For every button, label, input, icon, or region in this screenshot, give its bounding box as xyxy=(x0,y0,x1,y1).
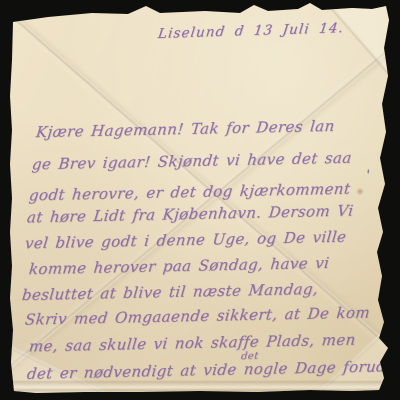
letter-line: komme herover paa Søndag, have vi xyxy=(28,254,330,278)
paper-stain xyxy=(356,188,364,195)
letter-line: me, saa skulle vi nok skaffe Plads, men xyxy=(28,331,357,356)
letter-line: vel blive godt i denne Uge, og De ville xyxy=(24,228,347,253)
letter-paper: Liselund d 13 Juli 14. Kjære Hagemann! T… xyxy=(0,0,400,400)
letter-line: ge Brev igaar! Skjøndt vi have det saa xyxy=(31,149,353,174)
letter-photo: Liselund d 13 Juli 14. Kjære Hagemann! T… xyxy=(0,0,400,400)
letter-dateline: Liselund d 13 Juli 14. xyxy=(157,20,345,42)
letter-line: besluttet at blive til næste Mandag, xyxy=(21,280,319,304)
ink-mark: ' xyxy=(365,168,371,183)
letter-insertion-word: det xyxy=(240,351,259,362)
letter-line: at høre Lidt fra Kjøbenhavn. Dersom Vi xyxy=(26,202,354,227)
bottom-fold-edge xyxy=(12,381,384,391)
letter-line: godt herovre, er det dog kjærkomment xyxy=(28,180,351,205)
